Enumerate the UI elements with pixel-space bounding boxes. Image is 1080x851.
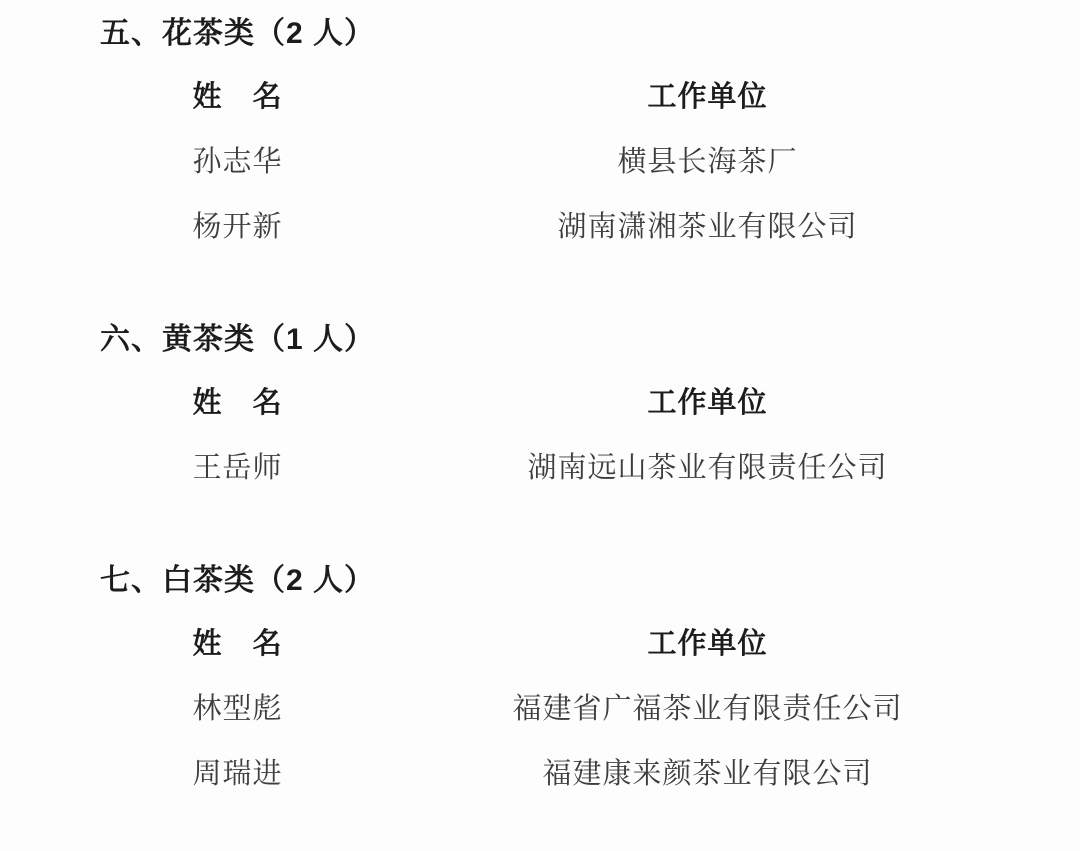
person-name: 周瑞进	[100, 751, 375, 792]
person-name: 杨开新	[100, 204, 375, 245]
table-row: 林型彪 福建省广福茶业有限责任公司	[100, 686, 1080, 722]
work-unit: 横县长海茶厂	[375, 139, 1040, 180]
table-row: 王岳师 湖南远山茶业有限责任公司	[100, 445, 1080, 481]
name-column-header: 姓 名	[100, 74, 375, 115]
work-unit: 福建康来颜茶业有限公司	[375, 751, 1040, 792]
person-name: 孙志华	[100, 139, 375, 180]
roster-header-row: 姓 名 工作单位	[100, 621, 1080, 657]
roster-header-row: 姓 名 工作单位	[100, 74, 1080, 110]
document-page: 五、花茶类（2 人） 姓 名 工作单位 孙志华 横县长海茶厂 杨开新 湖南潇湘茶…	[0, 0, 1080, 851]
roster-header-row: 姓 名 工作单位	[100, 380, 1080, 416]
unit-column-header: 工作单位	[375, 621, 1040, 662]
section-white-tea: 七、白茶类（2 人） 姓 名 工作单位 林型彪 福建省广福茶业有限责任公司 周瑞…	[0, 563, 1080, 787]
person-name: 王岳师	[100, 445, 375, 486]
name-column-header: 姓 名	[100, 621, 375, 662]
roster-table: 姓 名 工作单位 林型彪 福建省广福茶业有限责任公司 周瑞进 福建康来颜茶业有限…	[0, 621, 1080, 787]
table-row: 周瑞进 福建康来颜茶业有限公司	[100, 751, 1080, 787]
work-unit: 湖南远山茶业有限责任公司	[375, 445, 1040, 486]
section-title: 七、白茶类（2 人）	[100, 563, 1080, 599]
section-flower-tea: 五、花茶类（2 人） 姓 名 工作单位 孙志华 横县长海茶厂 杨开新 湖南潇湘茶…	[0, 16, 1080, 240]
table-row: 杨开新 湖南潇湘茶业有限公司	[100, 204, 1080, 240]
person-name: 林型彪	[100, 686, 375, 727]
roster-table: 姓 名 工作单位 王岳师 湖南远山茶业有限责任公司	[0, 380, 1080, 481]
section-title: 六、黄茶类（1 人）	[100, 322, 1080, 358]
table-row: 孙志华 横县长海茶厂	[100, 139, 1080, 175]
unit-column-header: 工作单位	[375, 380, 1040, 421]
section-title: 五、花茶类（2 人）	[100, 16, 1080, 52]
work-unit: 福建省广福茶业有限责任公司	[375, 686, 1040, 727]
name-column-header: 姓 名	[100, 380, 375, 421]
section-yellow-tea: 六、黄茶类（1 人） 姓 名 工作单位 王岳师 湖南远山茶业有限责任公司	[0, 322, 1080, 481]
work-unit: 湖南潇湘茶业有限公司	[375, 204, 1040, 245]
roster-table: 姓 名 工作单位 孙志华 横县长海茶厂 杨开新 湖南潇湘茶业有限公司	[0, 74, 1080, 240]
unit-column-header: 工作单位	[375, 74, 1040, 115]
